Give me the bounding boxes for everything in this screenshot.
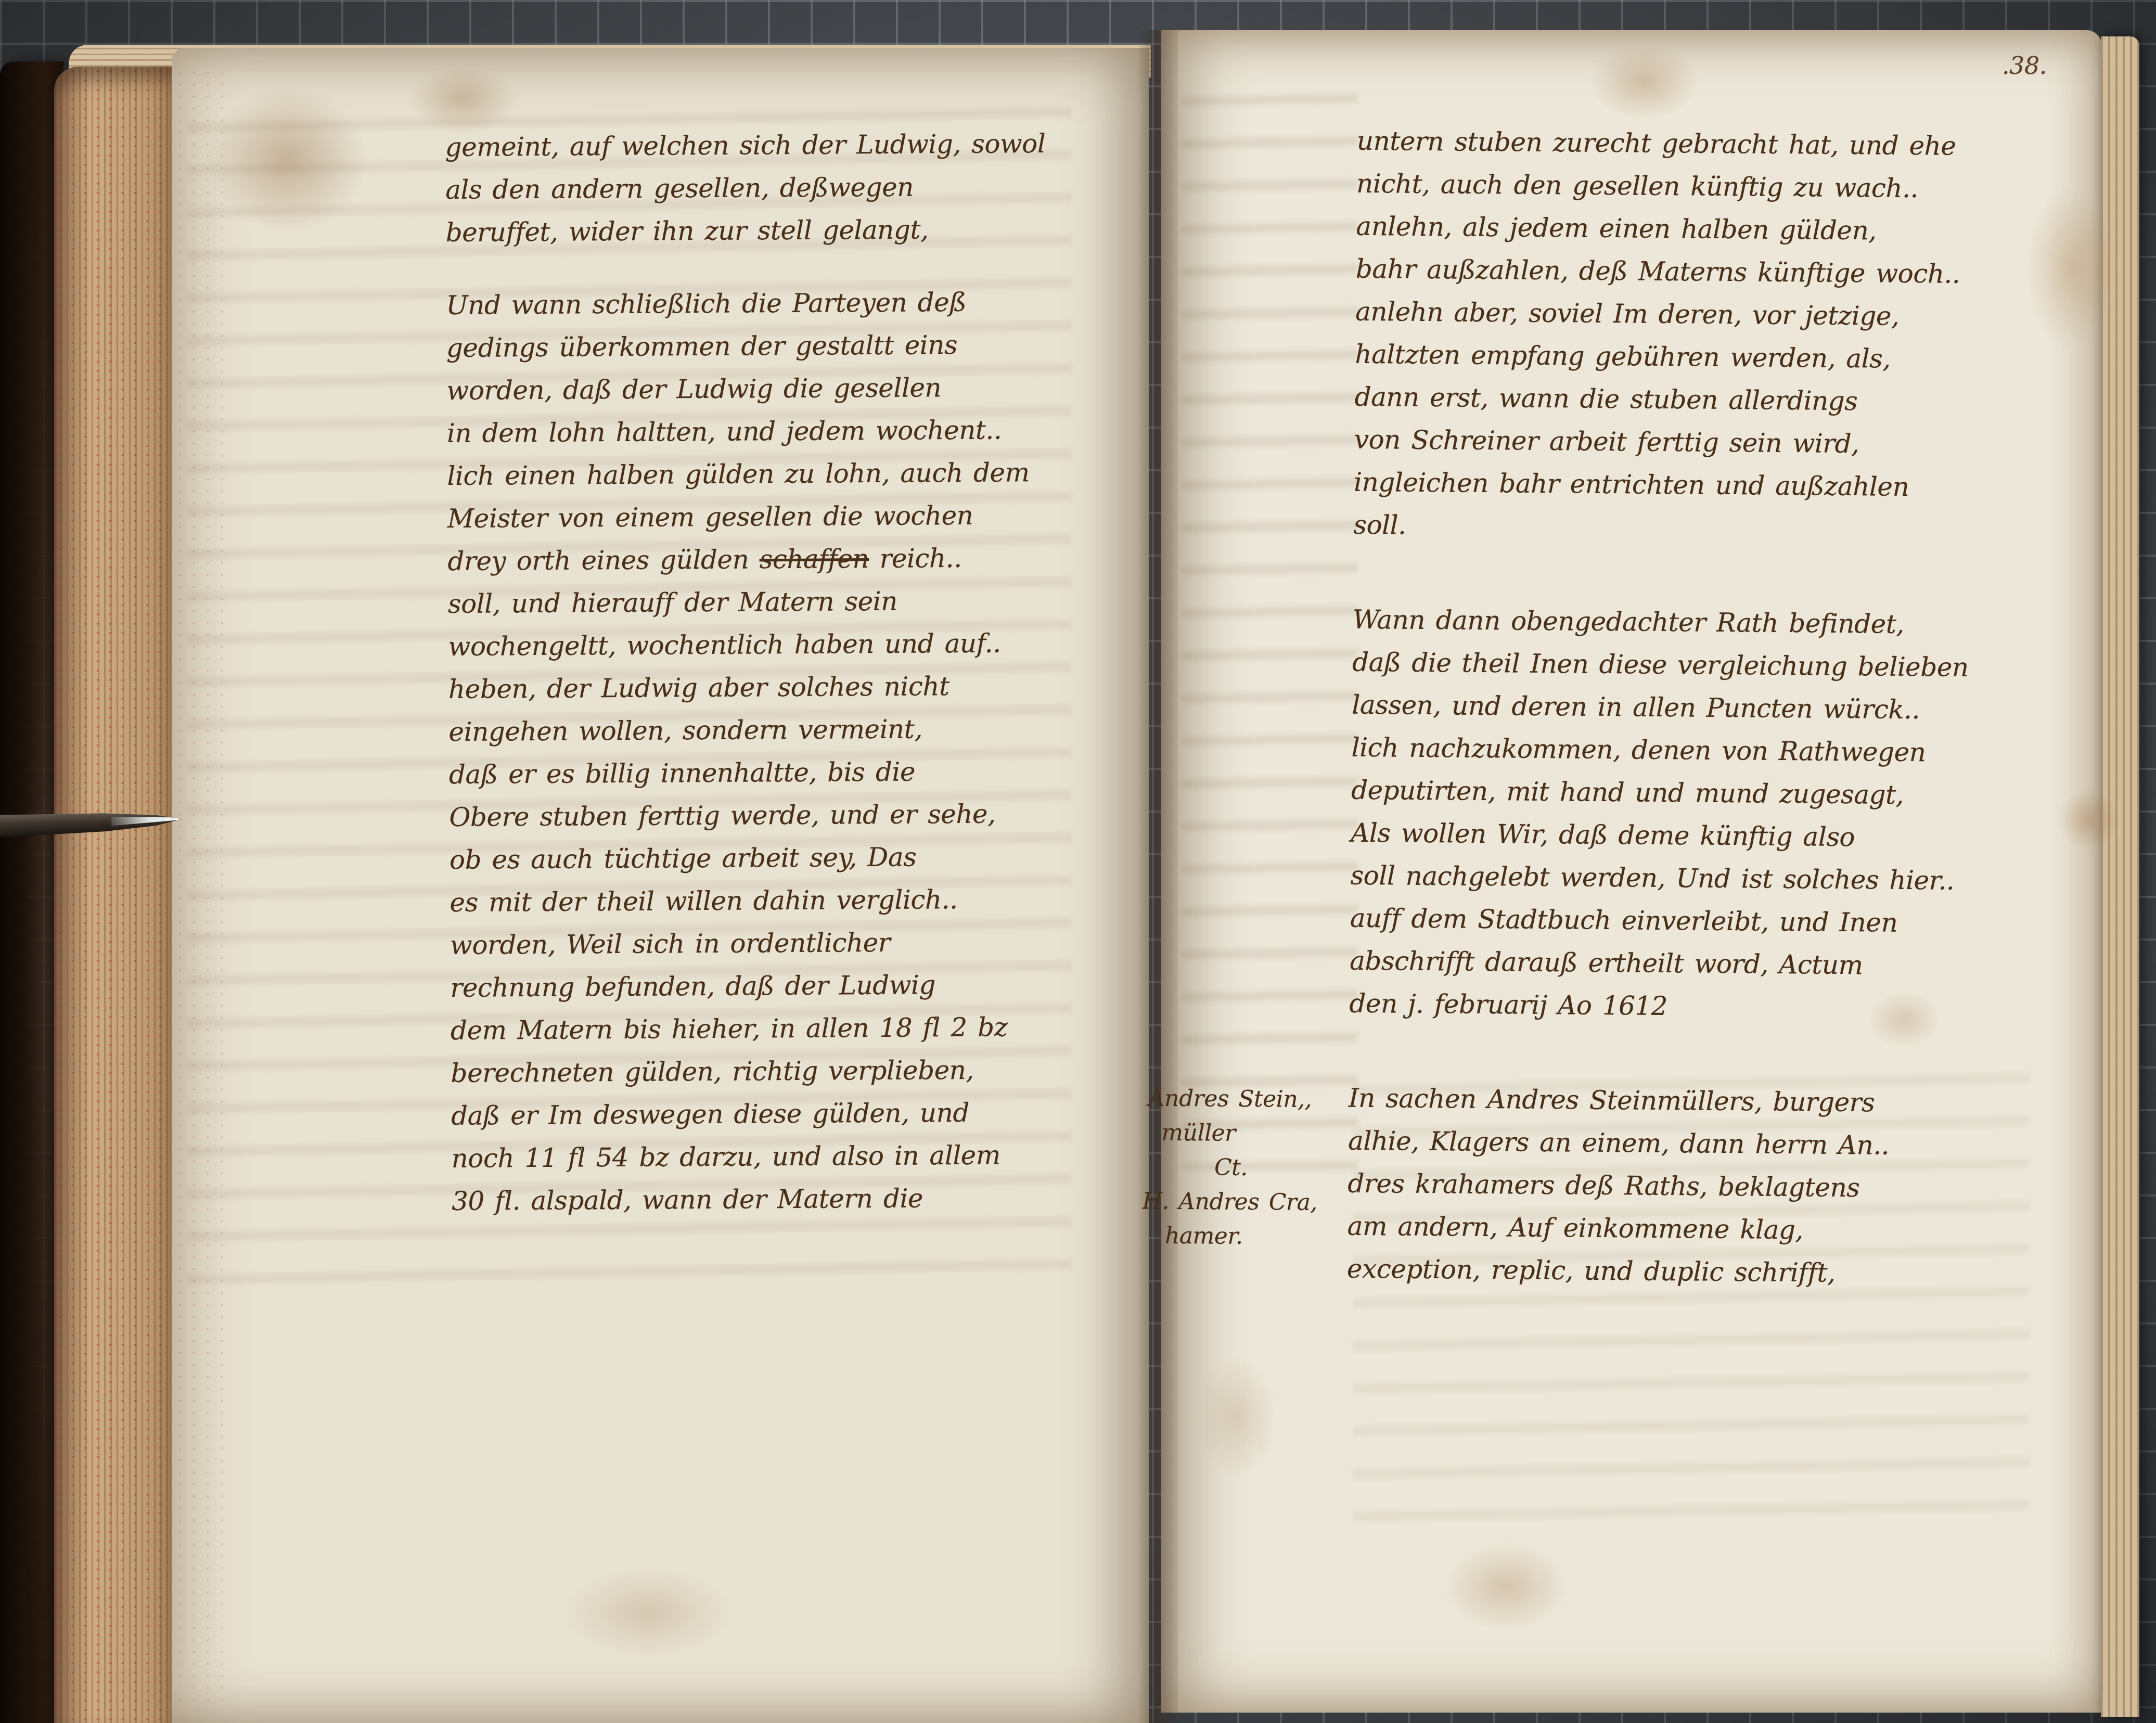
manuscript-line: beruffet, wider ihn zur stell gelangt, — [445, 207, 1127, 254]
margin-note-line: hamer. — [1165, 1219, 1345, 1254]
left-paragraph-2: Und wann schließlich die Parteyen deßged… — [446, 280, 1133, 1223]
manuscript-line: Und wann schließlich die Parteyen deß — [446, 280, 1127, 327]
struck-word: schaffen — [759, 544, 869, 574]
manuscript-line: wochengeltt, wochentlich haben und auf.. — [448, 621, 1130, 668]
manuscript-line: 30 fl. alspald, wann der Matern die — [452, 1176, 1133, 1223]
manuscript-line: worden, daß der Ludwig die gesellen — [446, 365, 1128, 412]
manuscript-line: untern stuben zurecht gebracht hat, und … — [1357, 120, 2107, 169]
right-paragraph-2: Wann dann obengedachter Rath befindet,da… — [1349, 598, 2102, 1032]
right-page-stack-edge — [2101, 36, 2139, 1717]
page-stack-fore-edge — [54, 67, 175, 1723]
left-page-text: gemeint, auf welchen sich der Ludwig, so… — [445, 122, 1133, 1253]
manuscript-line: deputirten, mit hand und mund zugesagt, — [1351, 769, 2101, 818]
manuscript-line: gemeint, auf welchen sich der Ludwig, so… — [445, 122, 1126, 169]
red-speckle-margin — [173, 67, 223, 1711]
manuscript-line: daß die theil Inen diese vergleichung be… — [1352, 641, 2102, 690]
manuscript-line: auff dem Stadtbuch einverleibt, und Inen — [1350, 897, 2100, 946]
manuscript-line: Wann dann obengedachter Rath befindet, — [1353, 598, 2102, 648]
margin-note-line: Andres Stein,, — [1148, 1082, 1346, 1117]
manuscript-line: den j. februarij Ao 1612 — [1349, 982, 2099, 1032]
manuscript-line: anlehn aber, soviel Im deren, vor jetzig… — [1355, 290, 2105, 340]
manuscript-line: soll. — [1353, 504, 2103, 553]
manuscript-line: es mit der theil willen dahin verglich.. — [450, 877, 1131, 924]
manuscript-line: noch 11 fl 54 bz darzu, und also in alle… — [451, 1133, 1133, 1180]
margin-note-line: Ct. — [1214, 1151, 1345, 1186]
manuscript-line: lich nachzukommen, denen von Rathwegen — [1351, 726, 2101, 776]
manuscript-line: eingehen wollen, sondern vermeint, — [448, 706, 1130, 753]
manuscript-line: gedings überkommen der gestaltt eins — [446, 323, 1128, 369]
manuscript-line: soll nachgelebt werden, Und ist solches … — [1350, 854, 2100, 904]
margin-note-line: müller — [1161, 1116, 1345, 1151]
left-paragraph-1: gemeint, auf welchen sich der Ludwig, so… — [445, 122, 1127, 254]
manuscript-line: soll, und hierauff der Matern sein — [448, 578, 1130, 625]
manuscript-line: haltzten empfang gebühren werden, als, — [1355, 333, 2104, 382]
manuscript-line: lassen, und deren in allen Puncten würck… — [1352, 684, 2101, 733]
manuscript-line: dres krahamers deß Raths, beklagtens — [1347, 1162, 2097, 1212]
manuscript-line: heben, der Ludwig aber solches nicht — [448, 664, 1130, 711]
manuscript-line: berechneten gülden, richtig verplieben, — [451, 1048, 1132, 1095]
manuscript-line: bahr außzahlen, deß Materns künftige woc… — [1355, 248, 2105, 297]
manuscript-line: in dem lohn haltten, und jedem wochent.. — [447, 408, 1128, 455]
manuscript-line: Meister von einem gesellen die wochen — [447, 493, 1129, 540]
right-paragraph-1: untern stuben zurecht gebracht hat, und … — [1353, 120, 2106, 553]
manuscript-line: ingleichen bahr entrichten und außzahlen — [1354, 461, 2103, 510]
manuscript-line: dem Matern bis hieher, in allen 18 fl 2 … — [451, 1005, 1132, 1052]
manuscript-line: daß er es billig innenhaltte, bis die — [449, 749, 1131, 796]
manuscript-photo: .38. gemeint, auf welchen sich der Ludwi… — [0, 0, 2156, 1723]
manuscript-line: rechnung befunden, daß der Ludwig — [450, 962, 1132, 1009]
manuscript-line: Obere stuben ferttig werde, und er sehe, — [449, 792, 1131, 839]
manuscript-line: abschrifft darauß ertheilt word, Actum — [1350, 940, 2099, 989]
manuscript-line: am andern, Auf einkommene klag, — [1347, 1205, 2097, 1254]
manuscript-line: dann erst, wann die stuben allerdings — [1354, 376, 2104, 425]
margin-note-line: H. Andres Cra, — [1142, 1185, 1345, 1220]
right-page-text: untern stuben zurecht gebracht hat, und … — [1346, 120, 2106, 1348]
manuscript-line: exception, replic, und duplic schrifft, — [1347, 1248, 2097, 1297]
manuscript-line: alhie, Klagers an einem, dann herrn An.. — [1348, 1120, 2098, 1169]
manuscript-line: daß er Im deswegen diese gülden, und — [451, 1090, 1133, 1137]
manuscript-line: drey orth eines gülden schaffen reich.. — [447, 536, 1129, 583]
margin-note-case-parties: Andres Stein,,müllerCt.H. Andres Cra,ham… — [1147, 1082, 1346, 1255]
right-paragraph-3: In sachen Andres Steinmüllers, burgersal… — [1347, 1077, 2098, 1297]
page-number: .38. — [2002, 50, 2047, 81]
manuscript-line: worden, Weil sich in ordentlicher — [450, 920, 1132, 967]
book-gutter-shadow — [1137, 30, 1178, 1723]
manuscript-line: Als wollen Wir, daß deme künftig also — [1351, 812, 2100, 861]
manuscript-line: lich einen halben gülden zu lohn, auch d… — [447, 451, 1128, 497]
manuscript-line: In sachen Andres Steinmüllers, burgers — [1349, 1077, 2098, 1126]
manuscript-line: von Schreiner arbeit ferttig sein wird, — [1354, 418, 2104, 468]
manuscript-line: ob es auch tüchtige arbeit sey, Das — [450, 834, 1131, 881]
manuscript-line: als den andern gesellen, deßwegen — [445, 164, 1127, 211]
manuscript-line: anlehn, als jedem einen halben gülden, — [1356, 205, 2106, 254]
manuscript-line: nicht, auch den gesellen künftig zu wach… — [1356, 162, 2106, 212]
